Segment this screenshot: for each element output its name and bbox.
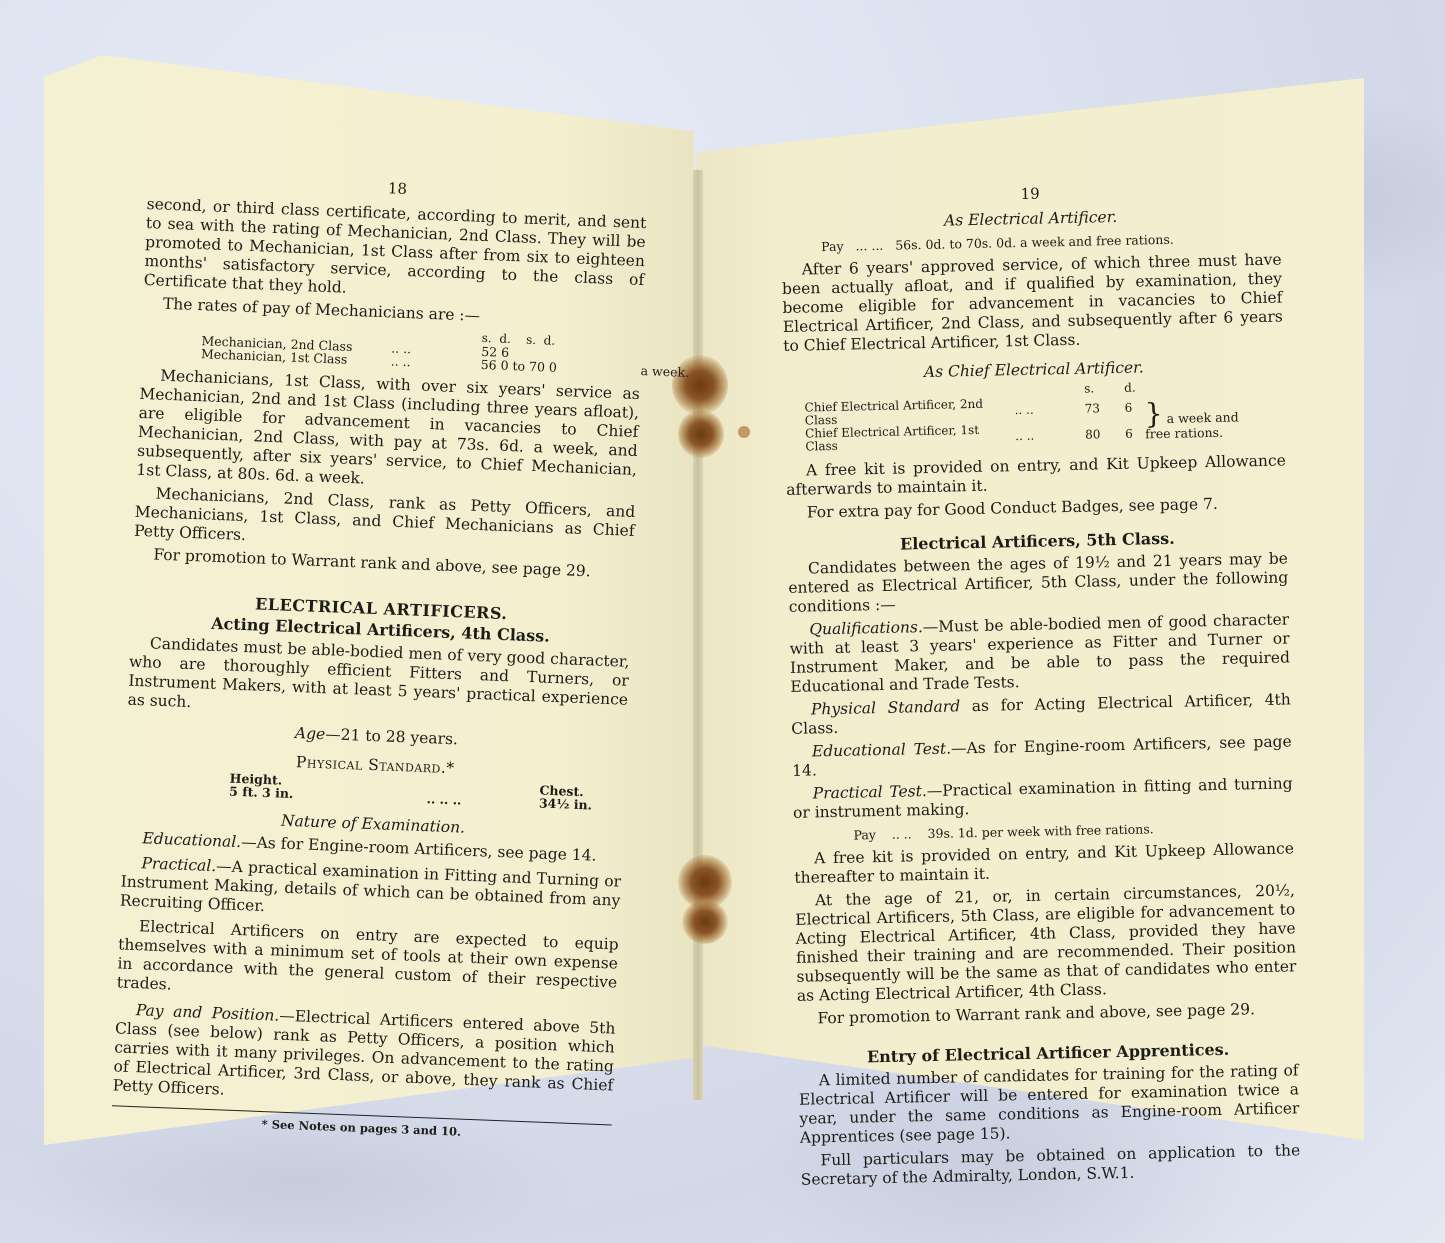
pay-note: } a week and free rations.: [1144, 399, 1255, 440]
paragraph: Physical Standard as for Acting Electric…: [791, 690, 1292, 738]
pay-pence: 6: [1125, 401, 1145, 414]
practical-label: Practical.: [141, 854, 216, 875]
paragraph: Qualifications.—Must be able-bodied men …: [789, 610, 1290, 696]
paragraph: Practical Test.—Practical examination in…: [792, 774, 1293, 822]
qualifications-label: Qualifications.: [809, 618, 923, 638]
paragraph: A limited number of candidates for train…: [798, 1061, 1299, 1147]
paragraph: Mechanicians, 1st Class, with over six y…: [136, 366, 640, 499]
prac-test-label: Practical Test.: [813, 782, 927, 802]
paragraph: A free kit is provided on entry, and Kit…: [786, 451, 1287, 499]
paragraph: Practical.—A practical examination in Fi…: [120, 853, 622, 929]
book-gutter: [693, 170, 703, 1100]
paragraph: Full particulars may be obtained on appl…: [800, 1141, 1301, 1189]
pay-label: Pay: [853, 827, 876, 842]
age-value: —21 to 28 years.: [325, 725, 458, 748]
pay-pence: 6: [1125, 427, 1145, 440]
right-page-text: 19 As Electrical Artificer. Pay ... ... …: [780, 180, 1301, 1194]
physical-label: Physical Standard: [811, 697, 961, 718]
rating-label: Chief Electrical Artificer, 1st Class: [805, 423, 1015, 453]
paragraph: At the age of 21, or, in certain circums…: [795, 881, 1297, 1005]
pay-shillings: 80: [1085, 427, 1125, 441]
chest-value: 34½ in.: [539, 796, 619, 812]
rust-spot: [738, 426, 750, 438]
pay-value: 56s. 0d. to 70s. 0d. a week and free rat…: [895, 232, 1174, 253]
paragraph: After 6 years' approved service, of whic…: [781, 251, 1283, 356]
pay-label: Pay: [821, 239, 844, 254]
paragraph: second, or third class certificate, acco…: [143, 195, 646, 309]
paragraph: A free kit is provided on entry, and Kit…: [794, 839, 1295, 887]
leaders: .. ..: [1015, 428, 1085, 442]
age-label: Age: [295, 724, 326, 743]
edu-test-label: Educational Test.: [812, 740, 952, 761]
leaders: .. ..: [892, 826, 912, 841]
column-header: s.: [1084, 382, 1124, 396]
column-header: d.: [1124, 381, 1144, 394]
educational-label: Educational.: [142, 829, 241, 851]
pay-shillings: 73: [1085, 401, 1125, 415]
pay-note: a week.: [640, 364, 700, 379]
paragraph: Candidates must be able-bodied men of ve…: [127, 634, 630, 729]
paragraph: Educational Test.—As for Engine-room Art…: [792, 732, 1293, 780]
leaders: .. ..: [391, 354, 481, 370]
rust-staple-stain: [682, 900, 728, 944]
rust-staple-stain: [678, 410, 724, 458]
paragraph: Pay and Position.—Electrical Artificers …: [112, 1000, 615, 1114]
leaders: .. ..: [1015, 402, 1085, 416]
paragraph: Candidates between the ages of 19½ and 2…: [788, 549, 1289, 616]
paragraph: Electrical Artificers on entry are expec…: [116, 916, 619, 1011]
left-page-text: 18 second, or third class certificate, a…: [111, 170, 647, 1147]
pay-value: 39s. 1d. per week with free rations.: [927, 821, 1153, 841]
leaders: ... ...: [855, 238, 883, 254]
chief-pay-table: s. d. Chief Electrical Artificer, 2nd Cl…: [804, 378, 1285, 453]
